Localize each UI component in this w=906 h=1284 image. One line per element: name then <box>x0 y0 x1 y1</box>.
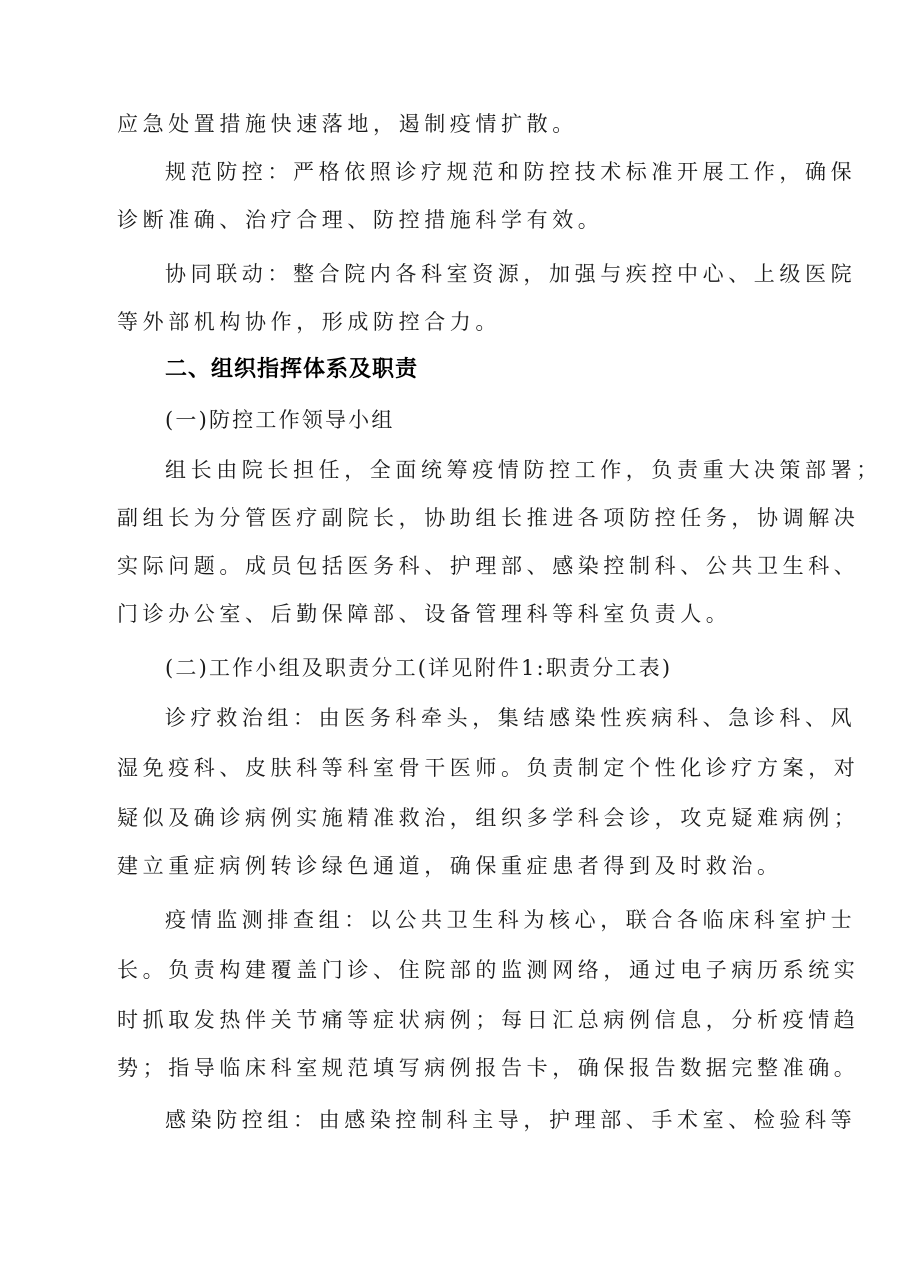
paragraph-line: 协同联动：整合院内各科室资源，加强与疾控中心、上级医院 <box>165 259 865 289</box>
paragraph-line: 长。负责构建覆盖门诊、住院部的监测网络，通过电子病历系统实 <box>117 955 817 985</box>
paragraph-line: 疫情监测排查组：以公共卫生科为核心，联合各临床科室护士 <box>165 905 865 935</box>
paragraph-line: 应急处置措施快速落地，遏制疫情扩散。 <box>117 109 817 139</box>
paragraph-line: 组长由院长担任，全面统筹疫情防控工作，负责重大决策部署； <box>165 455 865 485</box>
section-heading: 二、组织指挥体系及职责 <box>165 355 865 385</box>
paragraph-line: 疑似及确诊病例实施精准救治，组织多学科会诊，攻克疑难病例； <box>117 803 817 833</box>
document-page: 应急处置措施快速落地，遏制疫情扩散。 规范防控：严格依照诊疗规范和防控技术标准开… <box>0 0 906 1284</box>
paragraph-line: 门诊办公室、后勤保障部、设备管理科等科室负责人。 <box>117 599 817 629</box>
paragraph-line: 规范防控：严格依照诊疗规范和防控技术标准开展工作，确保 <box>165 157 865 187</box>
paragraph-line: 实际问题。成员包括医务科、护理部、感染控制科、公共卫生科、 <box>117 551 817 581</box>
paragraph-line: 等外部机构协作，形成防控合力。 <box>117 307 817 337</box>
paragraph-line: 势；指导临床科室规范填写病例报告卡，确保报告数据完整准确。 <box>117 1053 817 1083</box>
paragraph-line: 诊断准确、治疗合理、防控措施科学有效。 <box>117 205 817 235</box>
paragraph-line: 建立重症病例转诊绿色通道，确保重症患者得到及时救治。 <box>117 851 817 881</box>
paragraph-line: 诊疗救治组：由医务科牵头，集结感染性疾病科、急诊科、风 <box>165 703 865 733</box>
paragraph-line: 湿免疫科、皮肤科等科室骨干医师。负责制定个性化诊疗方案，对 <box>117 753 817 783</box>
paragraph-line: 感染防控组：由感染控制科主导，护理部、手术室、检验科等 <box>165 1105 865 1135</box>
subsection-heading: (二)工作小组及职责分工(详见附件1:职责分工表) <box>165 653 865 683</box>
paragraph-line: 副组长为分管医疗副院长，协助组长推进各项防控任务，协调解决 <box>117 503 817 533</box>
paragraph-line: 时抓取发热伴关节痛等症状病例；每日汇总病例信息，分析疫情趋 <box>117 1005 817 1035</box>
subsection-heading: (一)防控工作领导小组 <box>165 405 865 435</box>
